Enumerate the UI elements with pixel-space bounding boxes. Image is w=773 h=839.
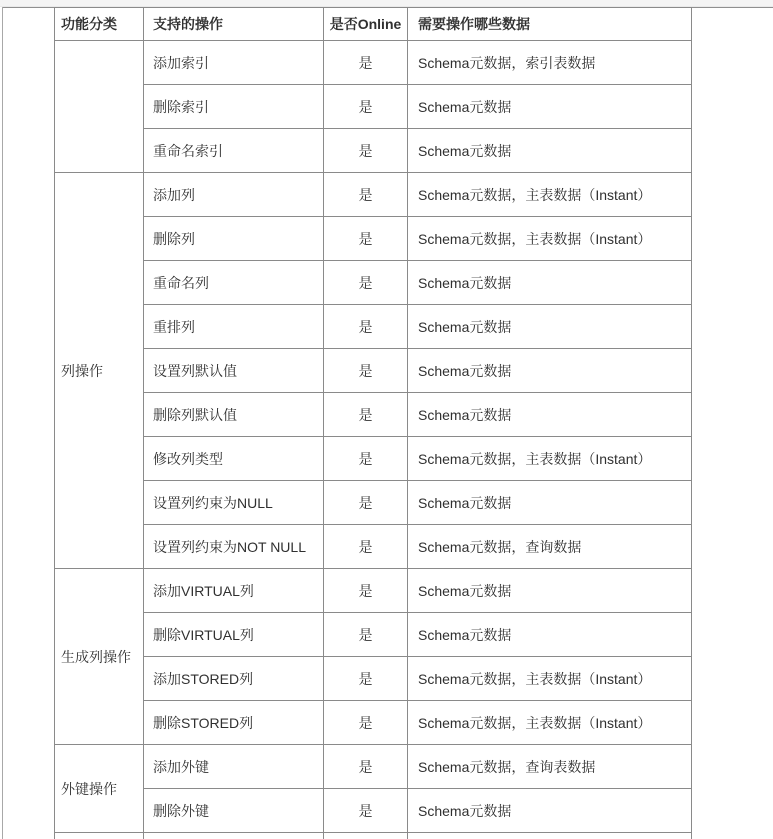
cell-operation: 添加VIRTUAL列 xyxy=(144,569,324,613)
page: { "page": { "background_color": "#ffffff… xyxy=(0,0,773,839)
cell-online: 是 xyxy=(324,261,408,305)
table-row: 设置列约束为NULL是Schema元数据 xyxy=(55,481,692,525)
cell-online: 是 xyxy=(324,129,408,173)
table-row: 删除STORED列是Schema元数据，主表数据（Instant） xyxy=(55,701,692,745)
cell-operation: 重命名索引 xyxy=(144,129,324,173)
table-row: 设置列约束为NOT NULL是Schema元数据，查询数据 xyxy=(55,525,692,569)
table-row: 重命名索引是Schema元数据 xyxy=(55,129,692,173)
cell-operation: 删除外键 xyxy=(144,789,324,833)
cell-operation: 重排列 xyxy=(144,305,324,349)
cell-online: 是 xyxy=(324,41,408,85)
cell-category xyxy=(55,41,144,173)
cell-category: 外键操作 xyxy=(55,745,144,833)
cell-operation: 设置列约束为NULL xyxy=(144,481,324,525)
table-row: 删除索引是Schema元数据 xyxy=(55,85,692,129)
cell-data: Schema元数据 xyxy=(408,789,692,833)
table-body: 添加索引是Schema元数据，索引表数据删除索引是Schema元数据重命名索引是… xyxy=(55,41,692,839)
table-row: 删除VIRTUAL列是Schema元数据 xyxy=(55,613,692,657)
cell-data: Schema元数据，主表数据（Instant） xyxy=(408,701,692,745)
cell-online: 是 xyxy=(324,701,408,745)
header-row: 功能分类 支持的操作 是否Online 需要操作哪些数据 xyxy=(55,8,692,41)
cell-online: 是 xyxy=(324,437,408,481)
cell-operation: 重命名列 xyxy=(144,261,324,305)
ddl-operations-table: 功能分类 支持的操作 是否Online 需要操作哪些数据 添加索引是Schema… xyxy=(54,7,692,839)
partial-cell xyxy=(324,833,408,839)
cell-data: Schema元数据 xyxy=(408,481,692,525)
cell-online: 是 xyxy=(324,569,408,613)
table-row: 添加索引是Schema元数据，索引表数据 xyxy=(55,41,692,85)
cell-data: Schema元数据，索引表数据 xyxy=(408,41,692,85)
cell-operation: 修改列类型 xyxy=(144,437,324,481)
cell-operation: 删除STORED列 xyxy=(144,701,324,745)
cell-online: 是 xyxy=(324,349,408,393)
cell-online: 是 xyxy=(324,613,408,657)
cell-data: Schema元数据，主表数据（Instant） xyxy=(408,173,692,217)
table-row: 删除列默认值是Schema元数据 xyxy=(55,393,692,437)
cell-data: Schema元数据 xyxy=(408,261,692,305)
cell-operation: 添加STORED列 xyxy=(144,657,324,701)
table-row: 修改列类型是Schema元数据，主表数据（Instant） xyxy=(55,437,692,481)
header-cell-online: 是否Online xyxy=(324,8,408,41)
cell-operation: 删除列 xyxy=(144,217,324,261)
table-row: 重命名列是Schema元数据 xyxy=(55,261,692,305)
cell-data: Schema元数据 xyxy=(408,393,692,437)
table-row: 添加STORED列是Schema元数据，主表数据（Instant） xyxy=(55,657,692,701)
partial-cell xyxy=(408,833,692,839)
cell-operation: 删除索引 xyxy=(144,85,324,129)
partial-row xyxy=(55,833,692,839)
table-row: 设置列默认值是Schema元数据 xyxy=(55,349,692,393)
cell-online: 是 xyxy=(324,305,408,349)
operations-table-container: 功能分类 支持的操作 是否Online 需要操作哪些数据 添加索引是Schema… xyxy=(54,7,694,839)
cell-online: 是 xyxy=(324,481,408,525)
header-cell-operation: 支持的操作 xyxy=(144,8,324,41)
cell-operation: 添加外键 xyxy=(144,745,324,789)
cell-online: 是 xyxy=(324,789,408,833)
table-row: 删除外键是Schema元数据 xyxy=(55,789,692,833)
cell-operation: 设置列默认值 xyxy=(144,349,324,393)
header-cell-category: 功能分类 xyxy=(55,8,144,41)
cell-operation: 添加列 xyxy=(144,173,324,217)
cell-data: Schema元数据 xyxy=(408,129,692,173)
cell-data: Schema元数据，主表数据（Instant） xyxy=(408,657,692,701)
table-row: 删除列是Schema元数据，主表数据（Instant） xyxy=(55,217,692,261)
cell-data: Schema元数据 xyxy=(408,349,692,393)
cell-online: 是 xyxy=(324,217,408,261)
cell-data: Schema元数据，主表数据（Instant） xyxy=(408,437,692,481)
cell-operation: 删除VIRTUAL列 xyxy=(144,613,324,657)
table-row: 列操作添加列是Schema元数据，主表数据（Instant） xyxy=(55,173,692,217)
cell-operation: 删除列默认值 xyxy=(144,393,324,437)
partial-cell xyxy=(55,833,144,839)
cell-data: Schema元数据 xyxy=(408,569,692,613)
cell-operation: 添加索引 xyxy=(144,41,324,85)
cell-data: Schema元数据，查询表数据 xyxy=(408,745,692,789)
cell-data: Schema元数据，查询数据 xyxy=(408,525,692,569)
cell-category: 生成列操作 xyxy=(55,569,144,745)
cell-online: 是 xyxy=(324,525,408,569)
cell-online: 是 xyxy=(324,745,408,789)
page-top-strip xyxy=(0,0,773,7)
partial-cell xyxy=(144,833,324,839)
cell-operation: 设置列约束为NOT NULL xyxy=(144,525,324,569)
table-row: 重排列是Schema元数据 xyxy=(55,305,692,349)
cell-data: Schema元数据 xyxy=(408,305,692,349)
table-row: 外键操作添加外键是Schema元数据，查询表数据 xyxy=(55,745,692,789)
table-row: 生成列操作添加VIRTUAL列是Schema元数据 xyxy=(55,569,692,613)
cell-online: 是 xyxy=(324,657,408,701)
cell-data: Schema元数据 xyxy=(408,613,692,657)
cell-data: Schema元数据 xyxy=(408,85,692,129)
cropped-left-column-border xyxy=(2,7,3,839)
cell-online: 是 xyxy=(324,393,408,437)
cell-data: Schema元数据，主表数据（Instant） xyxy=(408,217,692,261)
cell-online: 是 xyxy=(324,173,408,217)
cell-online: 是 xyxy=(324,85,408,129)
header-cell-data: 需要操作哪些数据 xyxy=(408,8,692,41)
cell-category: 列操作 xyxy=(55,173,144,569)
table-header: 功能分类 支持的操作 是否Online 需要操作哪些数据 xyxy=(55,8,692,41)
